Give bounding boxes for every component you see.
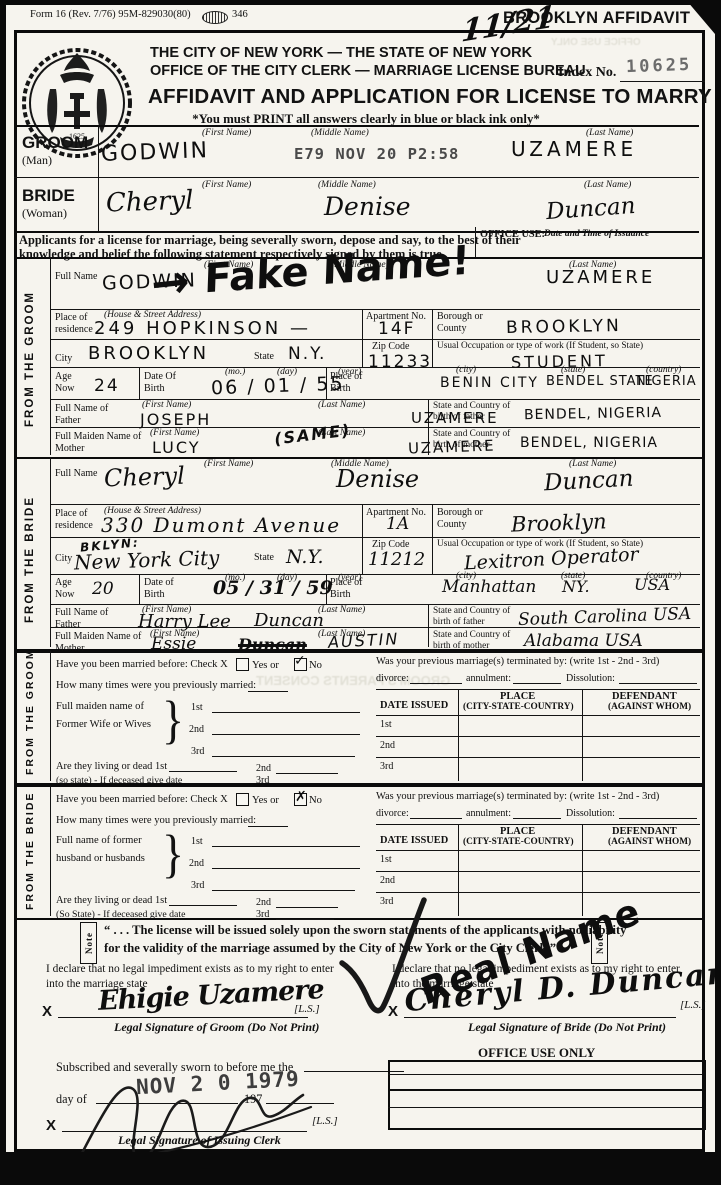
bride-state: N.Y. xyxy=(286,546,324,568)
th-place2: (CITY-STATE-COUNTRY) xyxy=(463,837,574,848)
borough-label: Borough or County xyxy=(437,311,495,334)
dissolution-label: Dissolution: xyxy=(566,673,615,685)
divider xyxy=(582,689,583,781)
divider xyxy=(376,892,700,893)
row-2nd: 2nd xyxy=(380,875,395,887)
bride-pob-state: NY. xyxy=(562,577,590,596)
groom-first-name: GODWIN xyxy=(101,138,210,167)
bride-full-last: Duncan xyxy=(543,466,634,497)
borough-label: Borough or County xyxy=(437,507,495,530)
bride-signature-caption: Legal Signature of Bride (Do Not Print) xyxy=(468,1021,666,1033)
divider xyxy=(50,651,51,781)
th-defendant2: (AGAINST WHOM) xyxy=(608,837,691,848)
divider xyxy=(458,824,459,916)
title-line2: OFFICE OF THE CITY CLERK — MARRIAGE LICE… xyxy=(150,63,586,79)
divider xyxy=(14,177,699,178)
last-name-label: (Last Name) xyxy=(318,401,365,411)
divider xyxy=(388,1107,702,1108)
divider xyxy=(362,309,363,367)
yes-checkbox xyxy=(236,793,249,806)
blank-line xyxy=(212,756,355,757)
so-state-label: (So State) - If deceased give date xyxy=(56,909,185,920)
dissolution-label: Dissolution: xyxy=(566,808,615,820)
yes-label: Yes or xyxy=(252,795,279,807)
blank-line xyxy=(248,826,288,827)
blank-line xyxy=(169,905,237,906)
office-use-only-label: OFFICE USE ONLY xyxy=(478,1045,595,1061)
th-defendant2: (AGAINST WHOM) xyxy=(608,702,691,713)
signature-x: X xyxy=(388,1003,398,1020)
age-label: Age Now xyxy=(55,577,81,600)
age-label: Age Now xyxy=(55,371,81,394)
divider xyxy=(376,850,700,851)
divorce-label: divorce: xyxy=(376,673,409,685)
divider xyxy=(139,574,140,604)
groom-pob-country: NIGERIA xyxy=(636,374,697,389)
bride-first-name: Cheryl xyxy=(106,185,194,218)
zip-label: Zip Code xyxy=(372,341,410,353)
note-tab-label: Note xyxy=(84,932,94,954)
divider xyxy=(50,785,51,916)
divider xyxy=(50,257,51,455)
bride-age: 20 xyxy=(92,579,114,599)
groom-side-label: FROM THE GROOM xyxy=(24,287,36,427)
pob-label: Place of Birth xyxy=(330,577,364,600)
divider xyxy=(50,457,51,647)
bride-side-label: FROM THE BRIDE xyxy=(24,794,36,910)
dob-label: Date of Birth xyxy=(144,577,184,600)
annulment-label: annulment: xyxy=(466,673,511,685)
father-state-label: State and Country of birth of father xyxy=(433,606,521,627)
scanned-affidavit-page: Form 16 (Rev. 7/76) 95M-829030(80) 346 B… xyxy=(0,0,721,1185)
divider xyxy=(388,1089,702,1091)
bride-side-label: FROM THE BRIDE xyxy=(24,483,36,623)
th-date-issued: DATE ISSUED xyxy=(380,835,448,847)
divider xyxy=(458,689,459,781)
groom-zip: 11233 xyxy=(368,352,432,372)
groom-age: 24 xyxy=(94,376,120,396)
title-line3: AFFIDAVIT AND APPLICATION FOR LICENSE TO… xyxy=(148,85,712,109)
groom-state: N.Y. xyxy=(288,344,326,364)
yes-checkbox xyxy=(236,658,249,671)
title-line1: THE CITY OF NEW YORK — THE STATE OF NEW … xyxy=(150,45,532,61)
groom-last-name: UZAMERE xyxy=(511,137,637,161)
first-name-label: (First Name) xyxy=(204,460,253,470)
bride-father-last: Duncan xyxy=(254,610,324,631)
index-label: Index No. xyxy=(558,65,616,81)
last-name-label: (Last Name) xyxy=(318,429,365,439)
times-married-question: How many times were you previously marri… xyxy=(56,680,256,692)
blank-line xyxy=(212,712,360,713)
divider xyxy=(582,824,583,916)
ordinal-2nd: 2nd xyxy=(189,724,204,736)
blank-line xyxy=(212,890,355,891)
terminated-question: Was your previous marriage(s) terminated… xyxy=(376,791,706,803)
signature-line xyxy=(58,1017,308,1018)
office-use-sublabel: Date and Time of Issuance xyxy=(544,230,649,240)
former-spouse-label1: Full maiden name of xyxy=(56,701,144,713)
ls-label: [L.S.] xyxy=(680,999,706,1011)
bride-pob-city: Manhattan xyxy=(442,577,536,597)
divider xyxy=(50,339,700,340)
divider xyxy=(376,757,700,758)
blank-line xyxy=(619,818,697,819)
former-spouse-label2: husband or husbands xyxy=(56,853,145,865)
residence-label: Place of residence xyxy=(55,508,103,531)
paper-sheet: Form 16 (Rev. 7/76) 95M-829030(80) 346 B… xyxy=(6,5,715,1152)
index-line xyxy=(620,81,705,82)
divider xyxy=(98,125,99,231)
divider xyxy=(376,871,700,872)
divider xyxy=(376,736,700,737)
row-1st: 1st xyxy=(380,719,392,731)
bride-street: 330 Dumont Avenue xyxy=(101,513,341,537)
union-label-icon xyxy=(202,11,228,24)
former-spouse-label2: Former Wife or Wives xyxy=(56,719,151,731)
no-label: No xyxy=(309,660,322,672)
blank-line xyxy=(410,818,462,819)
occupation-label: Usual Occupation or type of work (If Stu… xyxy=(437,341,699,352)
ls-label: [L.S.] xyxy=(294,1003,320,1015)
received-stamp: E79 NOV 20 P2:58 xyxy=(294,145,459,163)
state-label: State xyxy=(254,351,274,363)
form-number: Form 16 (Rev. 7/76) 95M-829030(80) xyxy=(30,9,191,20)
city-label: City xyxy=(55,553,72,565)
groom-dob: 06 / 01 / 55 xyxy=(211,373,345,400)
blank-line xyxy=(513,683,561,684)
groom-row-label: GROOM xyxy=(22,133,88,153)
ordinal-2nd: 2nd xyxy=(189,858,204,870)
divider xyxy=(376,715,700,716)
signature-line xyxy=(404,1017,676,1018)
blank-line xyxy=(212,734,360,735)
signature-line xyxy=(62,1131,307,1132)
divider xyxy=(139,367,140,399)
blank-line xyxy=(212,846,360,847)
ordinal-3rd: 3rd xyxy=(191,880,204,892)
divider xyxy=(50,574,700,575)
married-before-question: Have you been married before: Check X xyxy=(56,659,228,671)
union-number: 346 xyxy=(232,9,248,20)
middle-name-label: (Middle Name) xyxy=(311,129,369,139)
middle-name-label: (Middle Name) xyxy=(318,181,376,191)
clerk-x: X xyxy=(46,1117,56,1134)
bride-apartment: 1A xyxy=(386,514,409,534)
no-label: No xyxy=(309,795,322,807)
divider xyxy=(50,537,700,538)
blank-line xyxy=(169,771,237,772)
last-name-label: (Last Name) xyxy=(318,606,365,616)
divider xyxy=(362,504,363,574)
divider xyxy=(432,309,433,367)
groom-pob-city: BENIN CITY xyxy=(440,375,539,391)
divider xyxy=(428,604,429,647)
divider xyxy=(388,1074,702,1075)
dob-label: Date Of Birth xyxy=(144,371,184,394)
ordinal-1st: 1st xyxy=(191,836,203,848)
father-label: Full Name of Father xyxy=(55,607,115,630)
pob-label: Place of Birth xyxy=(330,371,364,394)
clerk-signature-caption: Legal Signature of Issuing Clerk xyxy=(118,1134,281,1146)
living-3rd: 3rd xyxy=(256,909,269,921)
brace-glyph: } xyxy=(162,823,184,884)
groom-street: 249 HOPKINSON — xyxy=(94,318,311,339)
groom-full-last: UZAMERE xyxy=(546,267,655,288)
former-spouse-label1: Full name of former xyxy=(56,835,142,847)
ordinal-3rd: 3rd xyxy=(191,746,204,758)
annulment-label: annulment: xyxy=(466,808,511,820)
bride-pob-country: USA xyxy=(634,575,670,594)
blank-line xyxy=(410,683,462,684)
office-use-label: OFFICE USE: xyxy=(480,229,545,240)
groom-row-sublabel: (Man) xyxy=(22,153,52,168)
ls-label: [L.S.] xyxy=(312,1115,338,1127)
groom-father-first: JOSEPH xyxy=(140,410,211,429)
th-place2: (CITY-STATE-COUNTRY) xyxy=(463,702,574,713)
fake-name-annotation-arrow: → xyxy=(148,253,194,311)
terminated-question: Was your previous marriage(s) terminated… xyxy=(376,656,706,668)
father-state-label: State and Country of birth of father xyxy=(433,401,521,422)
yes-label: Yes or xyxy=(252,660,279,672)
full-name-label: Full Name xyxy=(55,271,98,283)
no-checkmark: ✓ xyxy=(294,653,308,669)
groom-apartment: 14F xyxy=(378,319,415,339)
divider xyxy=(50,504,700,505)
full-name-label: Full Name xyxy=(55,468,98,480)
divider xyxy=(475,227,476,258)
bride-middle-name: Denise xyxy=(324,192,411,221)
blank-line xyxy=(276,773,338,774)
brace-glyph: } xyxy=(162,689,184,750)
married-before-question: Have you been married before: Check X xyxy=(56,794,228,806)
groom-side-label: FROM THE GROOM xyxy=(24,659,36,775)
bride-row-sublabel: (Woman) xyxy=(22,206,67,221)
groom-borough: BROOKLYN xyxy=(506,316,622,338)
father-label: Full Name of Father xyxy=(55,403,115,426)
ordinal-1st: 1st xyxy=(191,702,203,714)
bride-full-middle: Denise xyxy=(336,465,419,493)
th-date-issued: DATE ISSUED xyxy=(380,700,448,712)
city-label: City xyxy=(55,353,72,365)
bride-dob: 05 / 31 / 59 xyxy=(213,577,333,599)
bride-borough: Brooklyn xyxy=(511,509,607,536)
first-name-label: (First Name) xyxy=(202,129,251,139)
first-name-label: (First Name) xyxy=(202,181,251,191)
living-2nd: 2nd xyxy=(256,897,271,909)
groom-signature-caption: Legal Signature of Groom (Do Not Print) xyxy=(114,1021,319,1033)
blank-line xyxy=(513,818,561,819)
bride-row-label: BRIDE xyxy=(22,186,75,206)
living-or-dead-label: Are they living or dead 1st xyxy=(56,895,167,907)
groom-occupation: STUDENT xyxy=(511,351,608,372)
groom-declaration-line1: I declare that no legal impediment exist… xyxy=(46,963,334,975)
blank-line xyxy=(248,691,288,692)
blank-line xyxy=(212,868,360,869)
times-married-question: How many times were you previously marri… xyxy=(56,815,256,827)
row-1st: 1st xyxy=(380,854,392,866)
office-use-only-box xyxy=(388,1060,706,1130)
bride-city: New York City xyxy=(74,545,220,574)
no-checkmark: ✗ xyxy=(295,789,309,805)
bride-zip: 11212 xyxy=(368,549,425,570)
index-number-stamp: 10625 xyxy=(626,55,693,77)
note-tab-left: Note xyxy=(80,922,97,964)
groom-mother-first: LUCY xyxy=(152,438,201,457)
last-name-label: (Last Name) xyxy=(584,181,631,191)
row-3rd: 3rd xyxy=(380,761,393,773)
groom-city: BROOKLYN xyxy=(88,343,209,364)
mother-state-label: State and Country of birth of mother xyxy=(433,429,523,450)
living-or-dead-label: Are they living or dead 1st xyxy=(56,761,167,773)
groom-father-state: BENDEL, NIGERIA xyxy=(524,405,662,423)
blank-line xyxy=(619,683,697,684)
bride-mother-last: AUSTIN xyxy=(328,629,400,652)
mother-label: Full Maiden Name of Mother xyxy=(55,431,165,454)
bride-mother-state: Alabama USA xyxy=(524,631,643,651)
divider xyxy=(432,504,433,574)
signature-x: X xyxy=(42,1003,52,1020)
row-2nd: 2nd xyxy=(380,740,395,752)
state-label: State xyxy=(254,552,274,564)
living-2nd: 2nd xyxy=(256,763,271,775)
divorce-label: divorce: xyxy=(376,808,409,820)
divider xyxy=(14,125,699,127)
bride-full-first: Cheryl xyxy=(104,462,186,493)
groom-mother-state: BENDEL, NIGERIA xyxy=(520,435,658,451)
mother-state-label: State and Country of birth of mother xyxy=(433,630,523,651)
